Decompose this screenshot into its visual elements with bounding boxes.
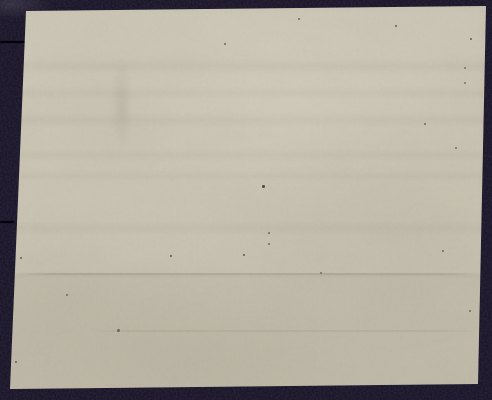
backing-scratch: [0, 221, 14, 223]
backing-scratch: [0, 41, 26, 43]
paper-grain-light-texture: [0, 0, 492, 400]
photo-frame: [0, 0, 492, 400]
